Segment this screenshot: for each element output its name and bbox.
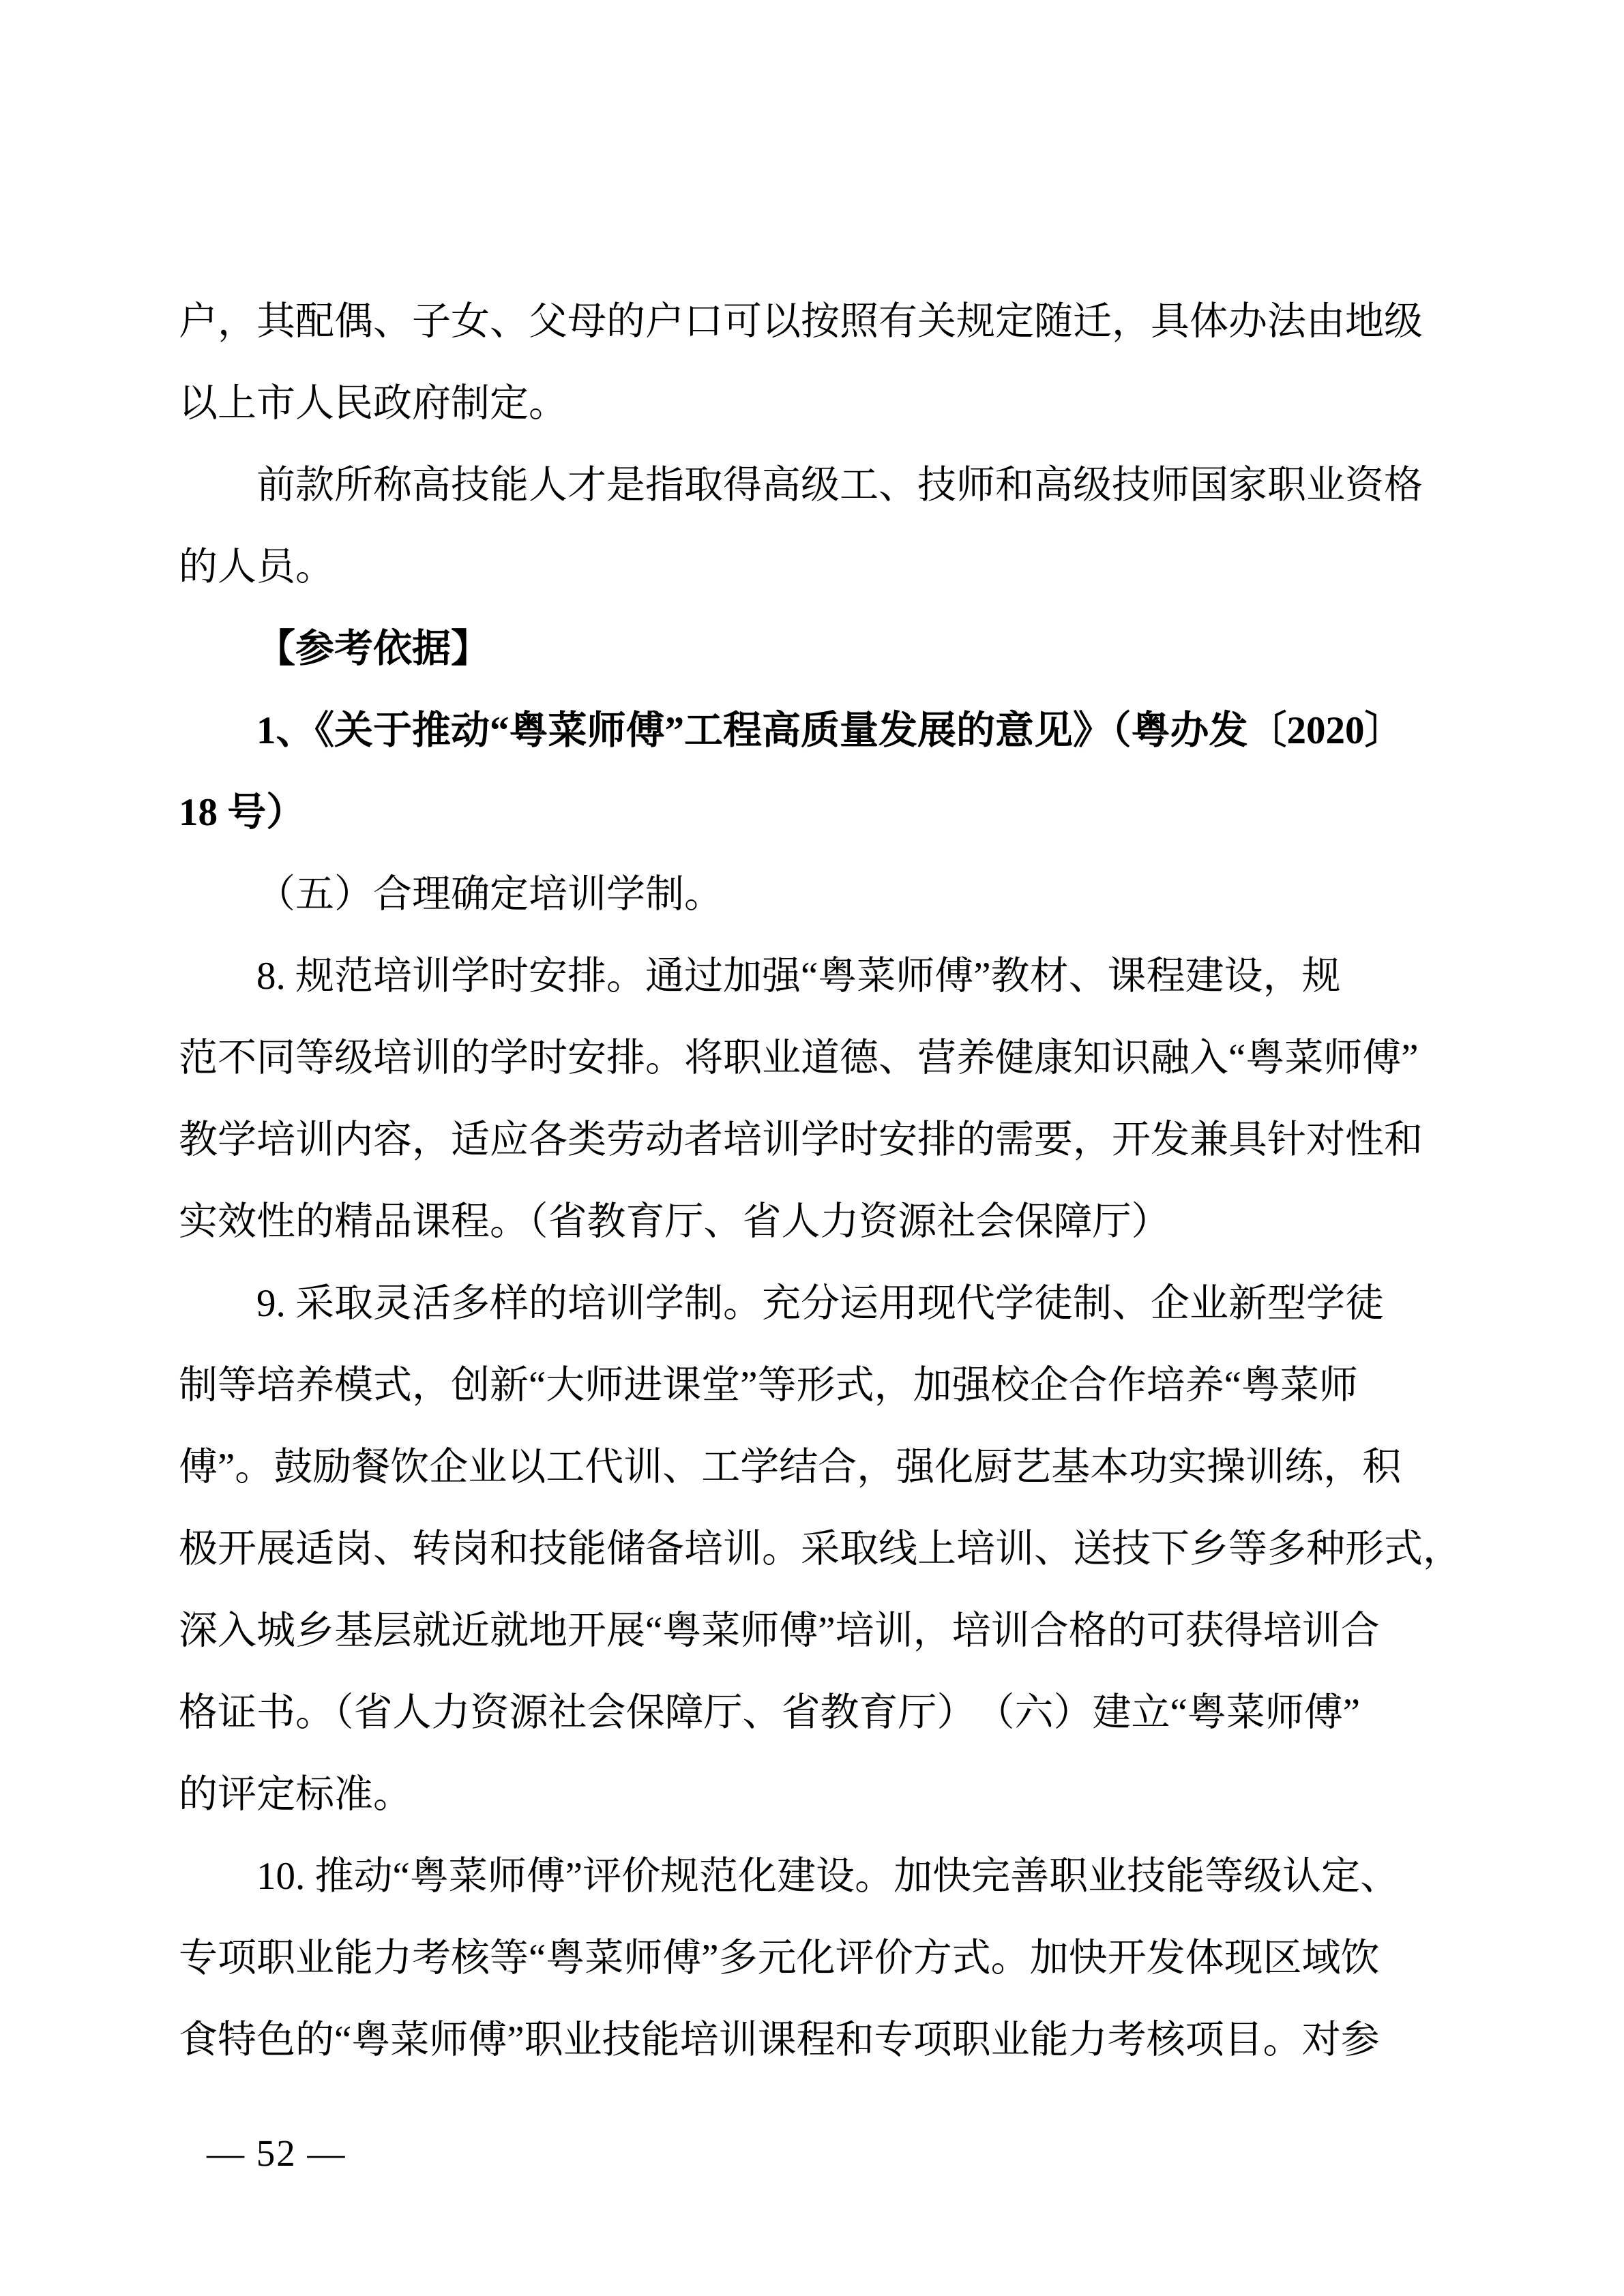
text-line: 的人员。 xyxy=(179,526,1461,608)
text-line: 食特色的“粤菜师傅”职业技能培训课程和专项职业能力考核项目。对参 xyxy=(179,1999,1461,2081)
text-line: 深入城乡基层就近就地开展“粤菜师傅”培训，培训合格的可获得培训合 xyxy=(179,1590,1461,1672)
text-line: （五）合理确定培训学制。 xyxy=(179,854,1461,936)
text-line: 10. 推动“粤菜师傅”评价规范化建设。加快完善职业技能等级认定、 xyxy=(179,1836,1461,1918)
text-line: 以上市人民政府制定。 xyxy=(179,363,1461,445)
text-line: 9. 采取灵活多样的培训学制。充分运用现代学徒制、企业新型学徒 xyxy=(179,1263,1461,1345)
text-line: 前款所称高技能人才是指取得高级工、技师和高级技师国家职业资格 xyxy=(179,445,1461,526)
text-line: 户，其配偶、子女、父母的户口可以按照有关规定随迁，具体办法由地级 xyxy=(179,281,1461,363)
document-page: 户，其配偶、子女、父母的户口可以按照有关规定随迁，具体办法由地级以上市人民政府制… xyxy=(0,0,1624,2296)
document-body: 户，其配偶、子女、父母的户口可以按照有关规定随迁，具体办法由地级以上市人民政府制… xyxy=(179,281,1461,2081)
text-line: 极开展适岗、转岗和技能储备培训。采取线上培训、送技下乡等多种形式， xyxy=(179,1508,1461,1590)
text-line: 1、《关于推动“粤菜师傅”工程高质量发展的意见》（粤办发〔2020〕 xyxy=(179,690,1461,772)
text-line: 范不同等级培训的学时安排。将职业道德、营养健康知识融入“粤菜师傅” xyxy=(179,1017,1461,1099)
text-line: 专项职业能力考核等“粤菜师傅”多元化评价方式。加快开发体现区域饮 xyxy=(179,1918,1461,1999)
text-line: 【参考依据】 xyxy=(179,608,1461,690)
text-line: 傅”。鼓励餐饮企业以工代训、工学结合，强化厨艺基本功实操训练，积 xyxy=(179,1427,1461,1508)
text-line: 教学培训内容，适应各类劳动者培训学时安排的需要，开发兼具针对性和 xyxy=(179,1099,1461,1181)
text-line: 实效性的精品课程。（省教育厅、省人力资源社会保障厅） xyxy=(179,1181,1461,1263)
text-line: 格证书。（省人力资源社会保障厅、省教育厅） （六）建立“粤菜师傅” xyxy=(179,1672,1461,1754)
text-line: 制等培养模式，创新“大师进课堂”等形式，加强校企合作培养“粤菜师 xyxy=(179,1345,1461,1427)
text-line: 8. 规范培训学时安排。通过加强“粤菜师傅”教材、课程建设，规 xyxy=(179,936,1461,1017)
text-line: 的评定标准。 xyxy=(179,1754,1461,1836)
page-number: — 52 — xyxy=(207,2133,346,2174)
text-line: 18 号） xyxy=(179,772,1461,854)
